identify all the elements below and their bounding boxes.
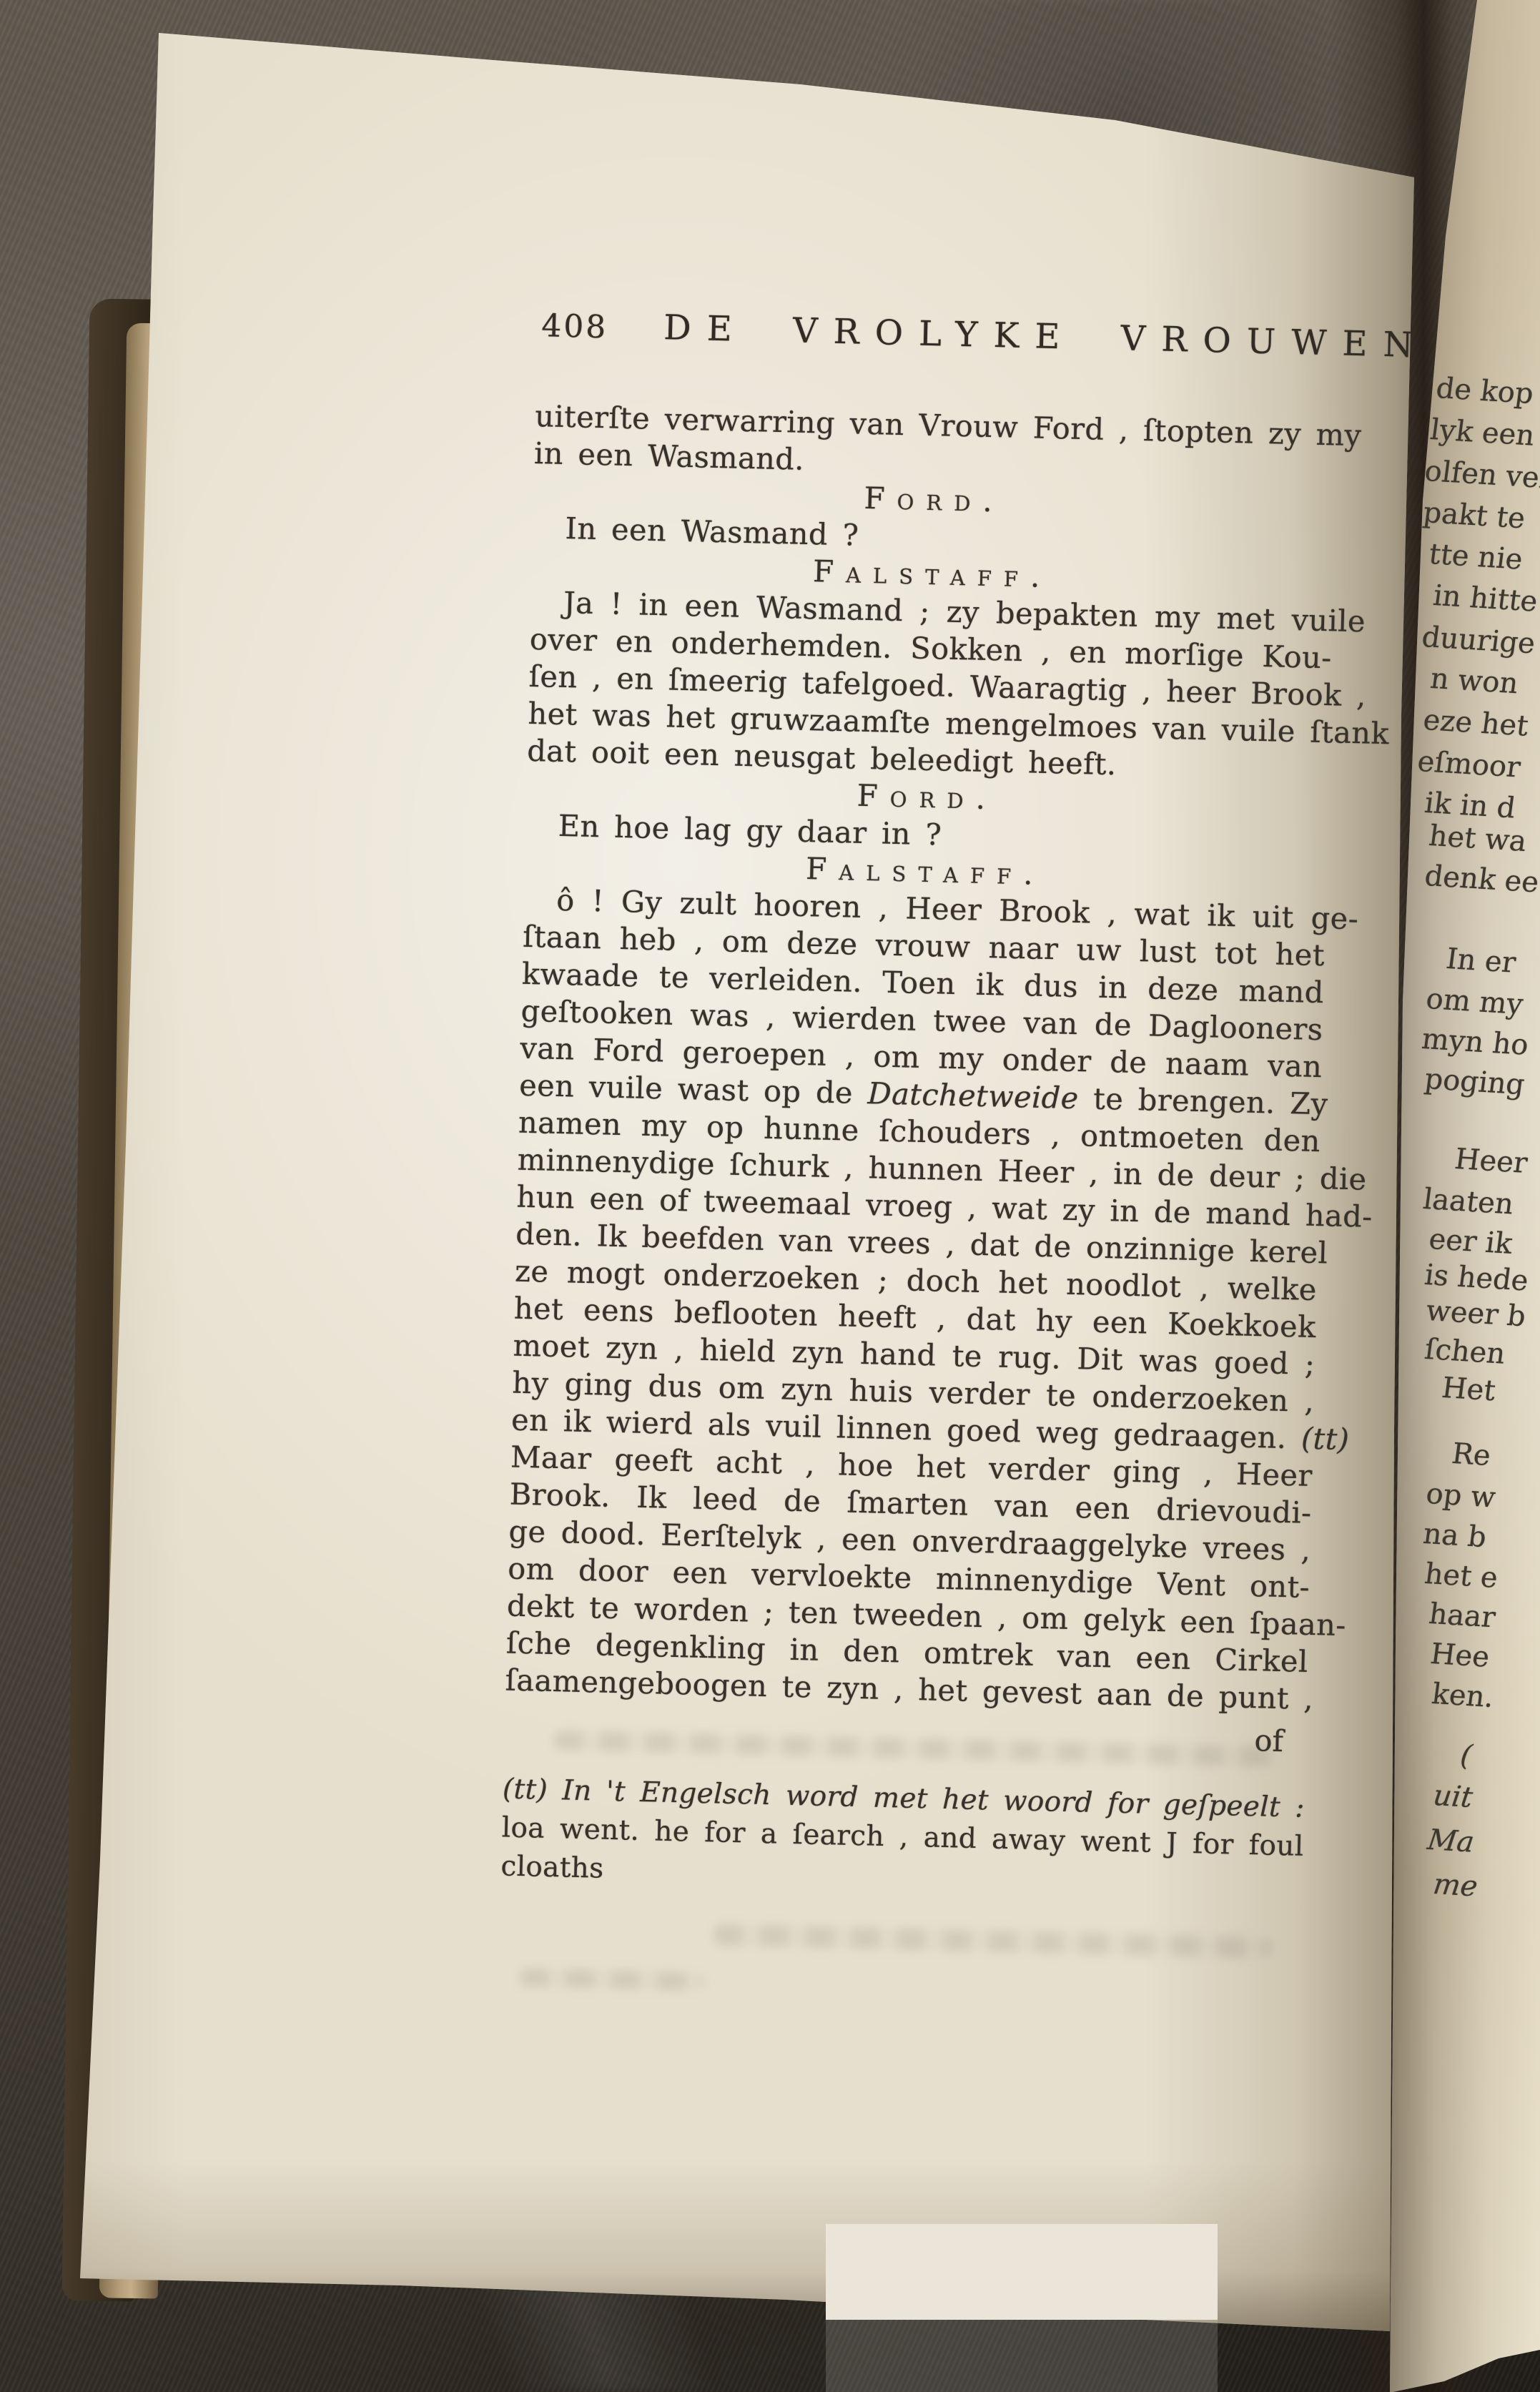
right-page-fragment: lyk een [1428, 413, 1536, 453]
right-page-fragment: het e [1423, 1557, 1500, 1595]
right-page-fragment: ken. [1430, 1678, 1496, 1714]
right-page-fragment: Hee [1428, 1638, 1491, 1674]
right-page-fragment: eſmoor [1416, 745, 1522, 784]
right-page-fragment: ( [1458, 1739, 1474, 1773]
right-page-fragment: denk ee [1423, 860, 1540, 899]
show-through-smudge [520, 1968, 706, 1991]
right-page-fragment: me [1431, 1868, 1480, 1903]
right-page-fragment: uit [1431, 1779, 1475, 1814]
right-page-fragment: laaten [1421, 1183, 1516, 1221]
right-page-fragment: in hitte [1431, 579, 1539, 619]
right-page-fragment: In er [1444, 942, 1518, 980]
right-page-fragment: tte nie [1427, 538, 1525, 576]
body-text: uiterſte verwarring van Vrouw Ford , ſto… [500, 398, 1365, 1906]
text-segment: een vuile wast op de [519, 1068, 868, 1111]
book-photo: 408 DE VROLYKE VROUWEN uiterſte verwarri… [0, 0, 1540, 2392]
right-page-fragment: is hede [1423, 1259, 1530, 1298]
right-page-fragment: weer b [1424, 1294, 1528, 1333]
right-page-fragment: ſchen [1423, 1333, 1507, 1371]
right-page-fragment: op w [1424, 1477, 1497, 1515]
right-page-fragment: eze het [1421, 704, 1530, 743]
right-page-fragment: om my [1424, 983, 1525, 1021]
page-number: 408 [537, 307, 608, 345]
right-page-fragment: myn ho [1420, 1023, 1531, 1062]
right-page-fragment: pakt te [1421, 496, 1527, 535]
right-page-fragment: het wa [1427, 820, 1529, 858]
right-page-fragment: Het [1440, 1372, 1498, 1407]
right-page-fragment: Re [1450, 1437, 1493, 1472]
footnote: (tt) In 't Engelsch word met het woord f… [500, 1770, 1332, 1905]
right-page-fragment: n won [1428, 662, 1520, 700]
right-page-fragment: poging [1423, 1063, 1526, 1101]
right-page-fragment: de kop [1434, 372, 1536, 410]
left-page: 408 DE VROLYKE VROUWEN uiterſte verwarri… [0, 0, 1540, 2392]
right-page-fragment: haar [1427, 1598, 1497, 1634]
right-page-fragment: ik in d [1423, 787, 1517, 825]
right-page-fragment: Heer [1453, 1143, 1529, 1180]
footnote-marker: (tt) [1300, 1421, 1349, 1457]
right-page-fragment: Ma [1426, 1823, 1476, 1859]
right-page-fragment: duurige [1420, 621, 1537, 660]
text-segment: te brengen. Zy [1078, 1081, 1328, 1121]
italic-word: Datchetweide [867, 1076, 1079, 1116]
scan-patch [826, 2224, 1218, 2392]
right-page-fragment: olfen ver [1423, 455, 1540, 496]
left-page-text: 408 DE VROLYKE VROUWEN uiterſte verwarri… [500, 305, 1367, 1906]
right-page-fragment: eer ik [1427, 1223, 1514, 1261]
right-page-fragment: na b [1421, 1517, 1489, 1554]
